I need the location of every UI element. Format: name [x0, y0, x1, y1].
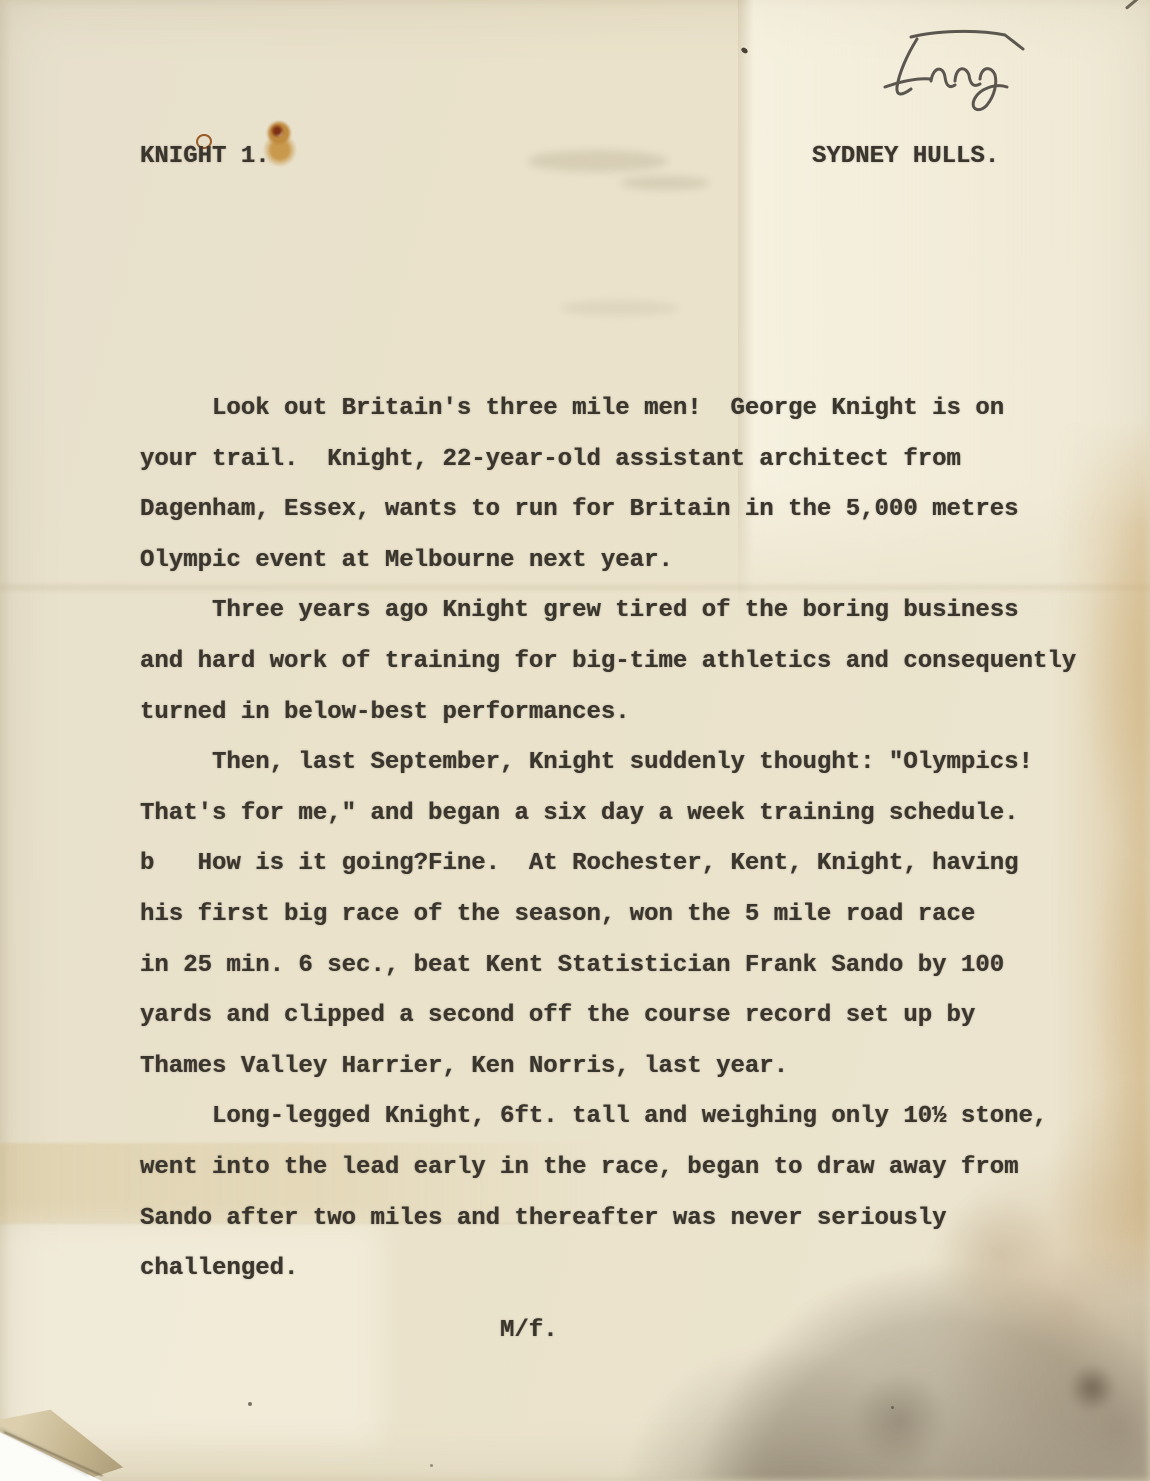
typed-line: his first big race of the season, won th…	[140, 890, 1076, 941]
typed-line: your trail. Knight, 22-year-old assistan…	[140, 435, 1076, 486]
typed-line: Dagenham, Essex, wants to run for Britai…	[140, 485, 1076, 536]
ink-speck	[891, 1406, 894, 1409]
pencil-smudge	[528, 150, 668, 172]
pencil-smudge	[620, 176, 710, 190]
typed-line: b How is it going?Fine. At Rochester, Ke…	[140, 839, 1076, 890]
typed-line: yards and clipped a second off the cours…	[140, 991, 1076, 1042]
typed-line: and hard work of training for big-time a…	[140, 637, 1076, 688]
page-label: KNIGHT 1.	[140, 132, 270, 182]
more-follows-mark: M/f.	[500, 1306, 558, 1356]
typed-line: Then, last September, Knight suddenly th…	[140, 738, 1076, 789]
typed-line: in 25 min. 6 sec., beat Kent Statisticia…	[140, 941, 1076, 992]
typed-line: Long-legged Knight, 6ft. tall and weighi…	[140, 1092, 1076, 1143]
typed-line: challenged.	[140, 1244, 1076, 1295]
typed-line: Three years ago Knight grew tired of the…	[140, 586, 1076, 637]
pen-tick-mark	[1125, 0, 1139, 10]
ink-speck	[740, 46, 749, 54]
corner-fold-crease	[4, 1431, 103, 1477]
typed-line: That's for me," and began a six day a we…	[140, 789, 1076, 840]
ink-speck	[430, 1464, 433, 1467]
pencil-smudge	[560, 300, 680, 316]
typed-line: Sando after two miles and thereafter was…	[140, 1194, 1076, 1245]
corner-cut-scanner-white	[0, 1420, 102, 1481]
typed-line: Olympic event at Melbourne next year.	[140, 536, 1076, 587]
byline: SYDNEY HULLS.	[812, 132, 999, 182]
scanned-document-page: KNIGHT 1. SYDNEY HULLS. Look out Britain…	[0, 0, 1150, 1481]
typed-line: turned in below-best performances.	[140, 688, 1076, 739]
ink-speck	[248, 1402, 252, 1406]
typed-body: Look out Britain's three mile men! Georg…	[140, 384, 1076, 1295]
typed-line: Thames Valley Harrier, Ken Norris, last …	[140, 1042, 1076, 1093]
corner-fold-shadow	[0, 1428, 90, 1475]
typed-line: Look out Britain's three mile men! Georg…	[140, 384, 1076, 435]
corner-fold-flap	[0, 1396, 140, 1481]
typed-line: went into the lead early in the race, be…	[140, 1143, 1076, 1194]
handwritten-file-note	[845, 25, 1055, 145]
